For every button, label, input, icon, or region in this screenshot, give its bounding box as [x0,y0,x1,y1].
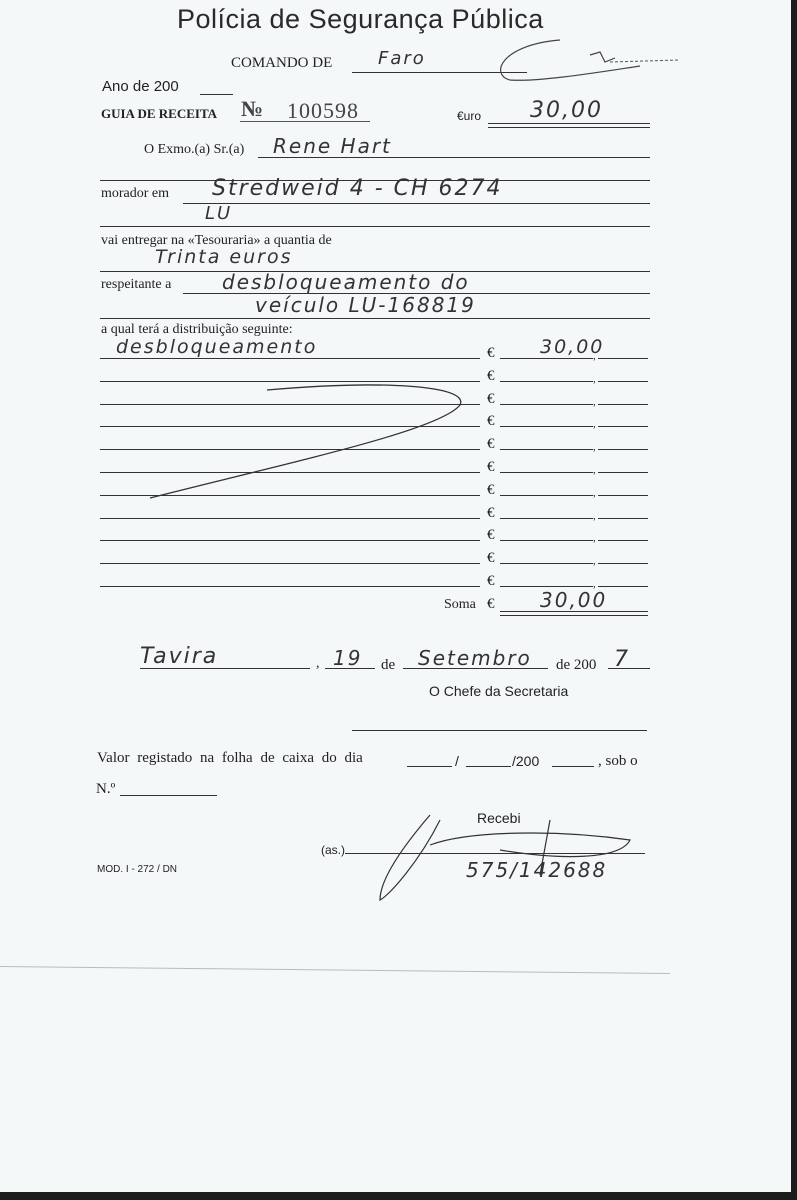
signature-number: 575/142688 [466,858,607,882]
row-euro-symbol: € [487,436,495,453]
exmo-value: Rene Hart [273,134,392,158]
morador-value-line2: LU [205,203,232,224]
comando-label: COMANDO DE [231,55,332,72]
respeitante-value-line1: desbloqueamento do [222,270,470,294]
row-euro-symbol: € [487,527,495,544]
comando-value: Faro [378,48,426,69]
guia-label: GUIA DE RECEITA [101,106,217,122]
paper-fold-line [0,966,670,974]
numero-label: N.º [96,781,115,798]
scan-edge-right [791,0,797,1200]
soma-euro-symbol: € [487,596,495,613]
sob-label: , sob o [598,753,638,770]
day-value: 19 [333,646,362,670]
row-amount: 30,00 [540,336,604,358]
month-value: Setembro [418,646,532,670]
model-code: MOD. I - 272 / DN [97,864,177,875]
row-euro-symbol: € [487,550,495,567]
place-value: Tavira [140,644,218,669]
date-de-label: de [381,657,395,674]
row-euro-symbol: € [487,505,495,522]
guia-number-symbol: № [241,96,264,122]
ano-label: Ano de 200 [102,78,179,95]
scan-edge-bottom [0,1192,797,1200]
as-label: (as.) [321,843,345,857]
euro-value: 30,00 [530,98,603,123]
chefe-label: O Chefe da Secretaria [429,683,568,699]
row-description: desbloqueamento [116,336,317,358]
respeitante-label: respeitante a [101,277,171,293]
year-prefix: de 200 [556,657,596,674]
recebi-label: Recebi [477,810,521,826]
row-euro-symbol: € [487,413,495,430]
soma-value: 30,00 [540,588,607,612]
valor-label: Valor registado na folha de caixa do dia [97,750,363,767]
row-euro-symbol: € [487,368,495,385]
row-euro-symbol: € [487,482,495,499]
soma-label: Soma [444,597,476,613]
date-slash-2: /200 [512,753,539,769]
euro-label: €uro [457,109,481,123]
quantia-value: Trinta euros [155,246,292,268]
date-slash-1: / [455,753,459,769]
morador-label: morador em [101,186,169,202]
document-title: Polícia de Segurança Pública [177,4,544,35]
row-euro-symbol: € [487,345,495,362]
row-euro-symbol: € [487,459,495,476]
respeitante-value-line2: veículo LU-168819 [255,293,476,317]
exmo-label: O Exmo.(a) Sr.(a) [144,142,244,158]
row-euro-symbol: € [487,391,495,408]
row-euro-symbol: € [487,573,495,590]
morador-value-line1: Stredweid 4 - CH 6274 [212,176,503,201]
